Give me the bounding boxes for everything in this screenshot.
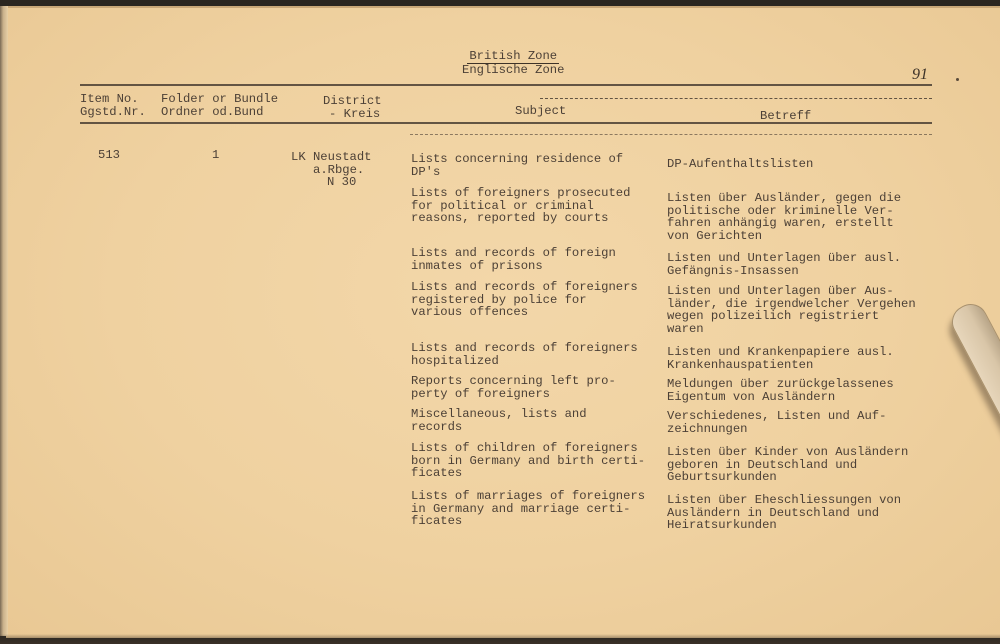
entry-subject: Lists of foreigners prosecuted for polit… <box>411 187 630 225</box>
entry-subject: Lists concerning residence of DP's <box>411 153 623 178</box>
record-folder: 1 <box>212 149 219 162</box>
zone-title-german: Englische Zone <box>462 63 564 77</box>
page-binding-edge <box>0 6 8 636</box>
column-header-item-no: Item No.Ggstd.Nr. <box>80 93 146 118</box>
zone-title: British Zone Englische Zone <box>462 50 564 77</box>
header-bottom-rule-secondary <box>410 134 932 135</box>
entry-betreff: Listen über Ausländer, gegen die politis… <box>667 192 901 242</box>
page-number: 91 <box>912 66 928 84</box>
entry-betreff: Verschiedenes, Listen und Auf- zeichnung… <box>667 410 886 435</box>
header-top-rule-secondary <box>540 98 932 99</box>
entry-betreff: Listen und Unterlagen über ausl. Gefängn… <box>667 252 901 277</box>
entry-subject: Lists and records of foreigners hospital… <box>411 342 638 367</box>
entry-betreff: Listen über Kinder von Ausländern gebore… <box>667 446 908 484</box>
entry-betreff: Listen und Unterlagen über Aus- länder, … <box>667 285 916 335</box>
column-header-betreff: Betreff <box>760 110 811 123</box>
record-district: LK Neustadta.Rbge.N 30 <box>291 151 371 189</box>
zone-title-english: British Zone <box>467 50 559 64</box>
entry-betreff: Listen und Krankenpapiere ausl. Krankenh… <box>667 346 894 371</box>
entry-subject: Miscellaneous, lists and records <box>411 408 587 433</box>
column-header-subject: Subject <box>515 105 566 118</box>
record-item-no: 513 <box>98 149 120 162</box>
entry-subject: Lists and records of foreigners register… <box>411 281 638 319</box>
column-header-district: District- Kreis <box>323 95 382 120</box>
page-bottom-shadow <box>0 634 1000 644</box>
entry-subject: Lists of children of foreigners born in … <box>411 442 645 480</box>
header-bottom-rule <box>80 122 932 124</box>
column-header-folder: Folder or BundleOrdner od.Bund <box>161 93 278 118</box>
entry-subject: Reports concerning left pro- perty of fo… <box>411 375 616 400</box>
entry-betreff: Meldungen über zurückgelassenes Eigentum… <box>667 378 894 403</box>
ink-speck <box>956 78 959 81</box>
entry-betreff: DP-Aufenthaltslisten <box>667 158 813 171</box>
header-top-rule <box>80 84 932 86</box>
entry-subject: Lists of marriages of foreigners in Germ… <box>411 490 645 528</box>
entry-betreff: Listen über Eheschliessungen von Ausländ… <box>667 494 901 532</box>
entry-subject: Lists and records of foreign inmates of … <box>411 247 616 272</box>
